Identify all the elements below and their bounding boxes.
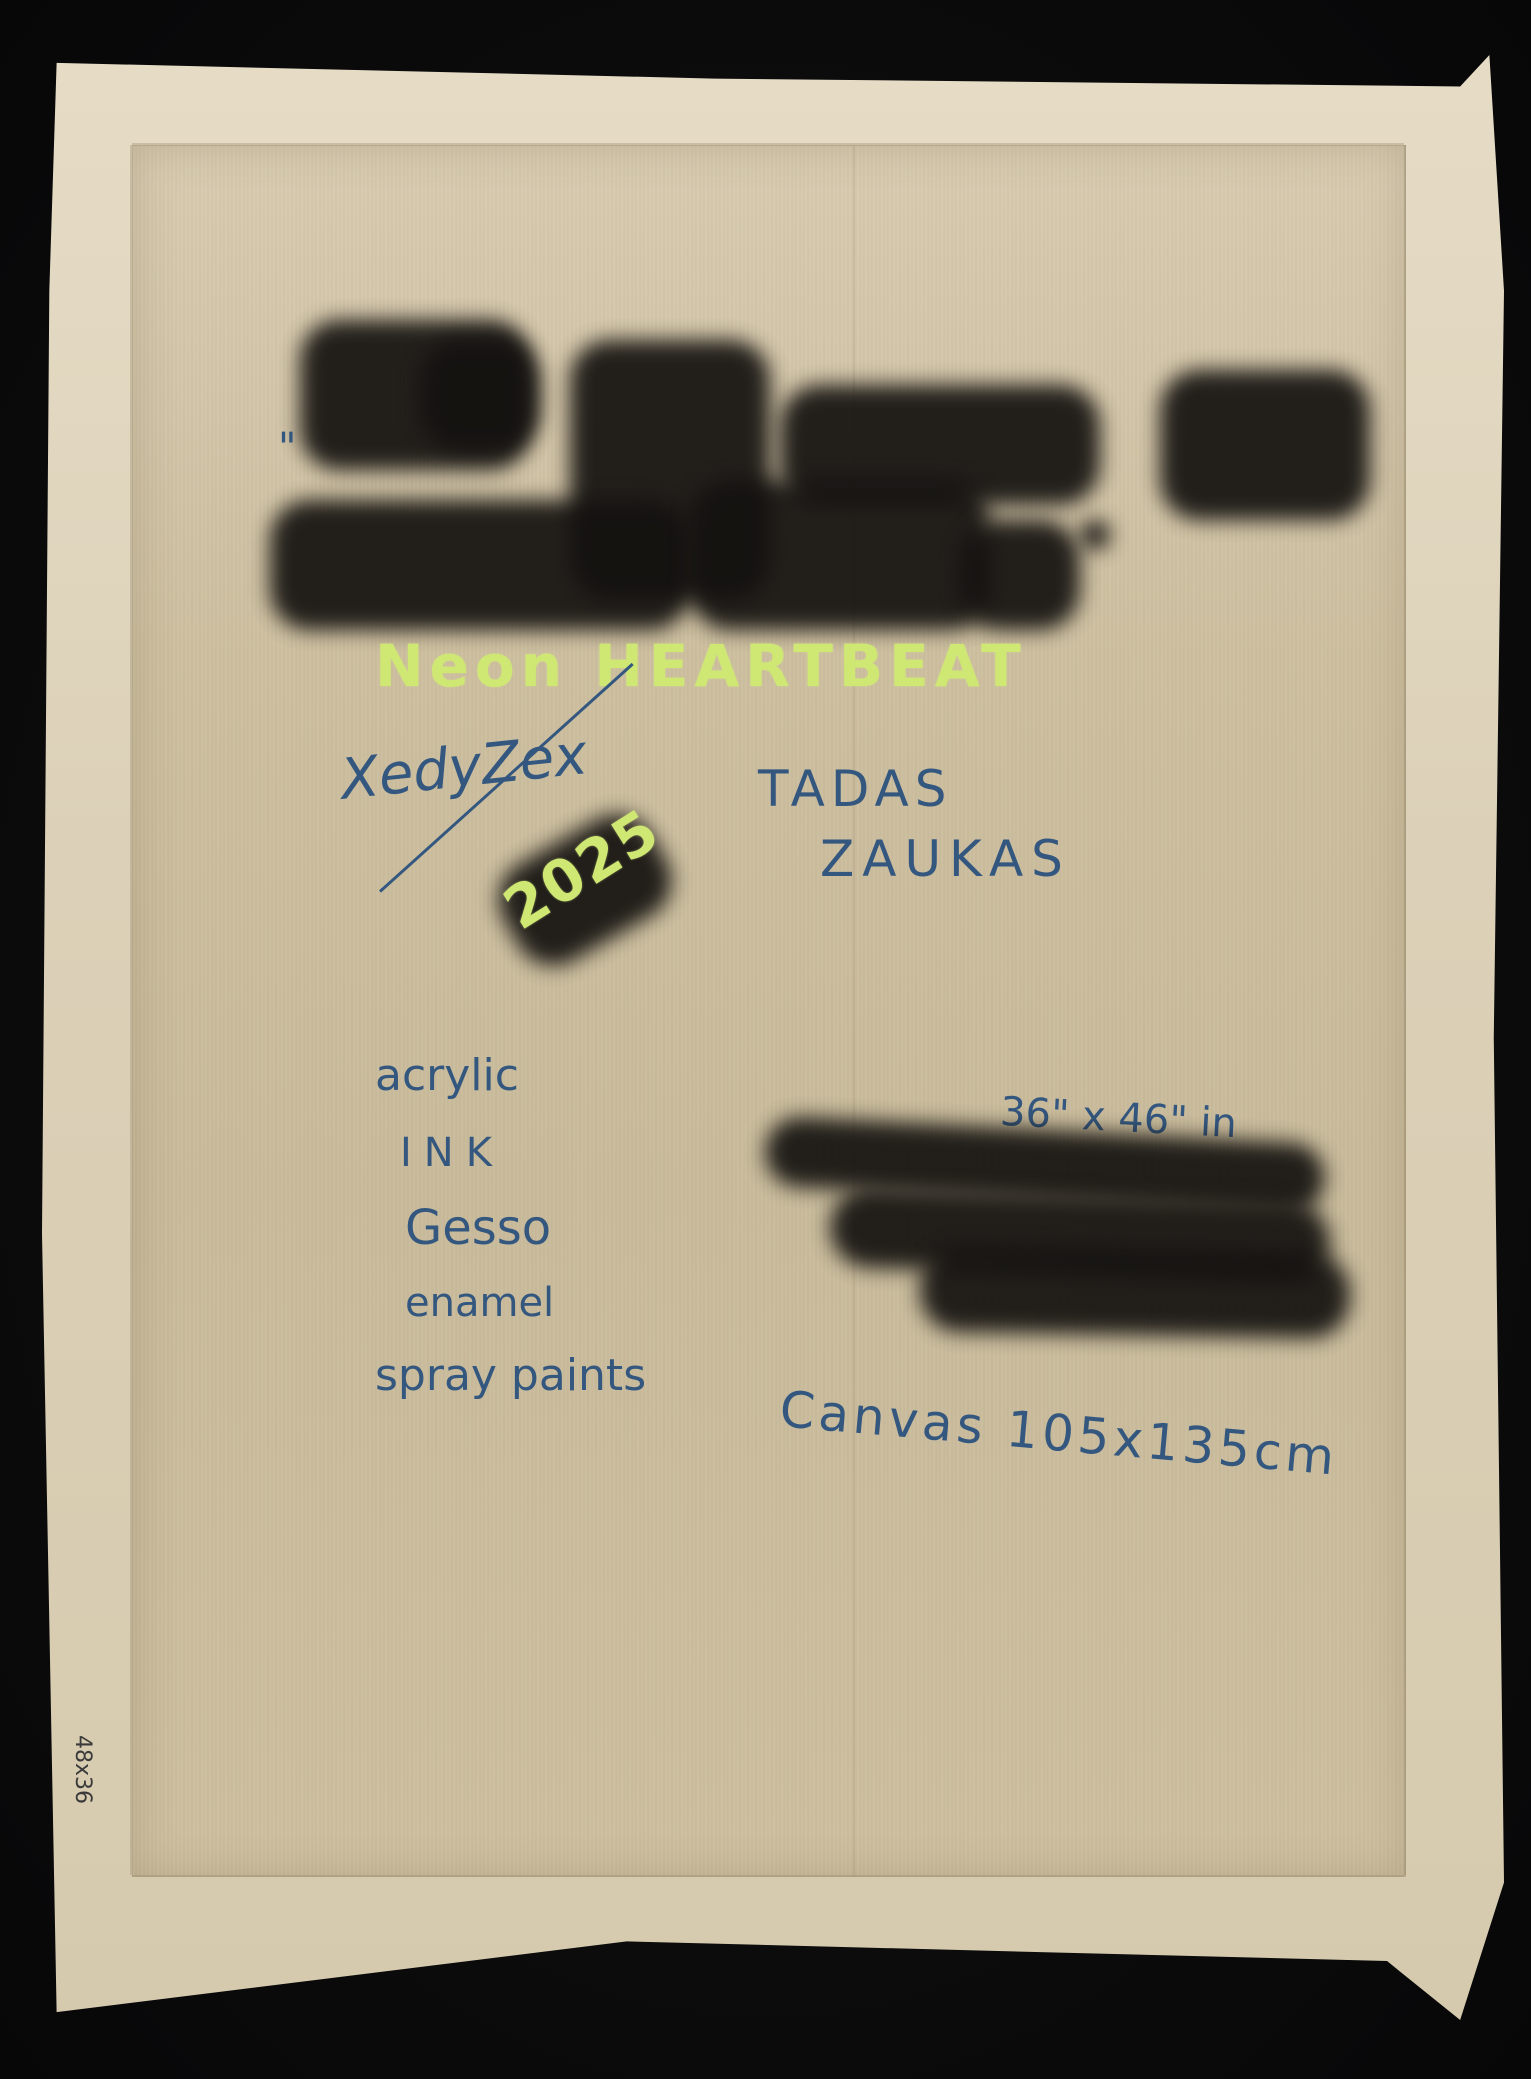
- artist-name-line-2: ZAUKAS: [820, 830, 1071, 888]
- painting-title: Neon HEARTBEAT: [375, 632, 1027, 700]
- fold-line-bottom: [132, 1875, 1404, 1877]
- fold-line-top: [132, 143, 1404, 145]
- material-item: Gesso: [405, 1200, 551, 1256]
- material-item: enamel: [405, 1280, 554, 1326]
- quote-mark: ": [278, 425, 296, 471]
- fold-line-right: [1404, 145, 1406, 1875]
- material-item: INK: [400, 1130, 504, 1176]
- side-note-size: 48x36: [70, 1735, 95, 1804]
- material-item: spray paints: [375, 1350, 646, 1401]
- fold-line-left: [130, 145, 132, 1875]
- material-item: acrylic: [375, 1050, 519, 1101]
- artist-name-line-1: TADAS: [758, 760, 952, 818]
